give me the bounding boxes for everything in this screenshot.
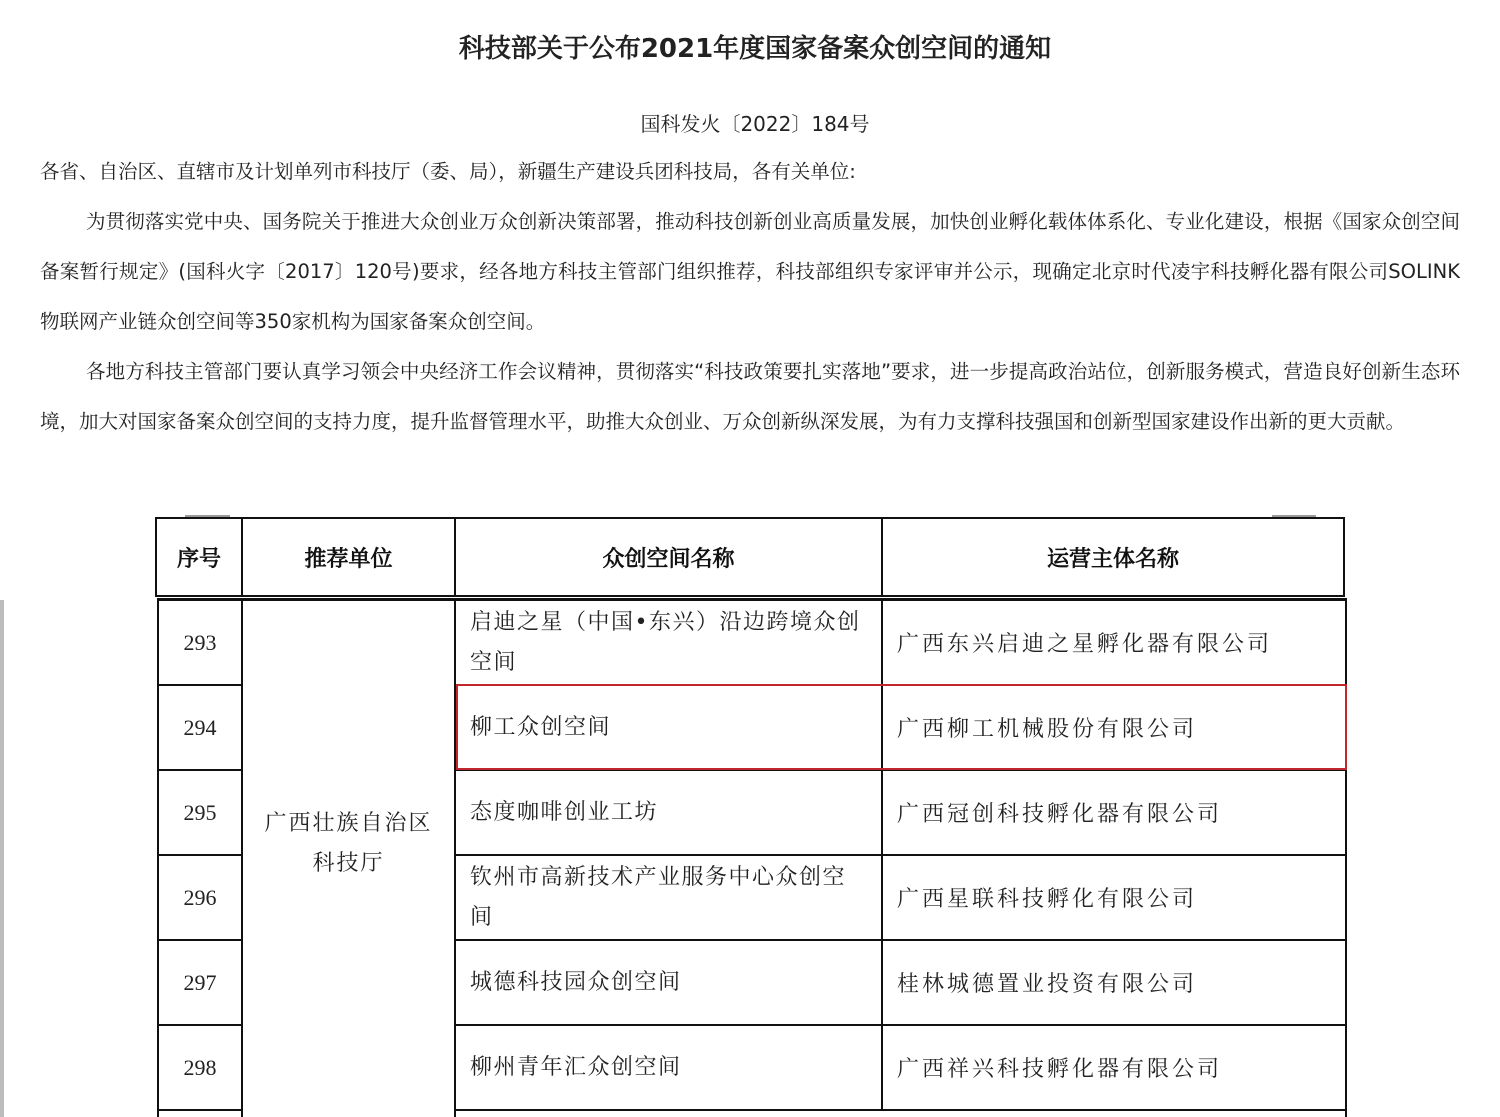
page-edge-strip [0,600,4,1117]
operator-cell: 广西祥兴科技孵化器有限公司 [883,1026,1345,1109]
rows-area: 启迪之星（中国•东兴）沿边跨境众创空间 广西东兴启迪之星孵化器有限公司 柳工众创… [456,601,1345,1117]
operator-cell: 广西星联科技孵化有限公司 [883,856,1345,939]
seq-cell: 294 [159,686,241,771]
space-name-cell: 柳州青年汇众创空间 [456,1026,883,1109]
operator-cell: 广西柳工机械股份有限公司 [883,686,1345,769]
space-name-cell: 城德科技园众创空间 [456,941,883,1024]
header-operator: 运营主体名称 [883,519,1343,595]
seq-column: 293 294 295 296 297 298 [159,601,243,1117]
space-name-cell: 柳工众创空间 [456,686,883,769]
space-name-cell: 态度咖啡创业工坊 [456,771,883,854]
paragraph-2: 各地方科技主管部门要认真学习领会中央经济工作会议精神，贯彻落实“科技政策要扎实落… [40,347,1460,447]
seq-cell: 297 [159,941,241,1026]
salutation: 各省、自治区、直辖市及计划单列市科技厅（委、局），新疆生产建设兵团科技局，各有关… [40,147,1460,197]
seq-cell: 296 [159,856,241,941]
header-space-name: 众创空间名称 [456,519,883,595]
table-row: 态度咖啡创业工坊 广西冠创科技孵化器有限公司 [456,771,1345,856]
table-row-highlighted: 柳工众创空间 广西柳工机械股份有限公司 [456,686,1345,771]
table-row: 启迪之星（中国•东兴）沿边跨境众创空间 广西东兴启迪之星孵化器有限公司 [456,601,1345,686]
document-title: 科技部关于公布2021年度国家备案众创空间的通知 [0,28,1500,65]
table-row: 城德科技园众创空间 桂林城德置业投资有限公司 [456,941,1345,1026]
document-number: 国科发火〔2022〕184号 [0,108,1500,137]
header-seq: 序号 [157,519,243,595]
table-row: 柳州青年汇众创空间 广西祥兴科技孵化器有限公司 [456,1026,1345,1111]
table-row: 钦州市高新技术产业服务中心众创空间 广西星联科技孵化有限公司 [456,856,1345,941]
space-name-cell: 钦州市高新技术产业服务中心众创空间 [456,856,883,939]
table-header: 序号 推荐单位 众创空间名称 运营主体名称 [155,517,1345,597]
seq-cell: 298 [159,1026,241,1111]
header-recommending-unit: 推荐单位 [243,519,456,595]
recommending-unit-cell: 广西壮族自治区 科技厅 [243,601,456,1117]
recommending-unit-line-1: 广西壮族自治区 [264,804,432,844]
seq-cell: 293 [159,601,241,686]
operator-cell: 广西东兴启迪之星孵化器有限公司 [883,601,1345,684]
seq-cell: 295 [159,771,241,856]
paragraph-1: 为贯彻落实党中央、国务院关于推进大众创业万众创新决策部署，推动科技创新创业高质量… [40,197,1460,347]
recommending-unit-line-2: 科技厅 [264,844,432,884]
operator-cell: 桂林城德置业投资有限公司 [883,941,1345,1024]
table-body: 293 294 295 296 297 298 广西壮族自治区 科技厅 启迪之星… [157,598,1347,1117]
space-name-cell: 启迪之星（中国•东兴）沿边跨境众创空间 [456,601,883,684]
operator-cell: 广西冠创科技孵化器有限公司 [883,771,1345,854]
